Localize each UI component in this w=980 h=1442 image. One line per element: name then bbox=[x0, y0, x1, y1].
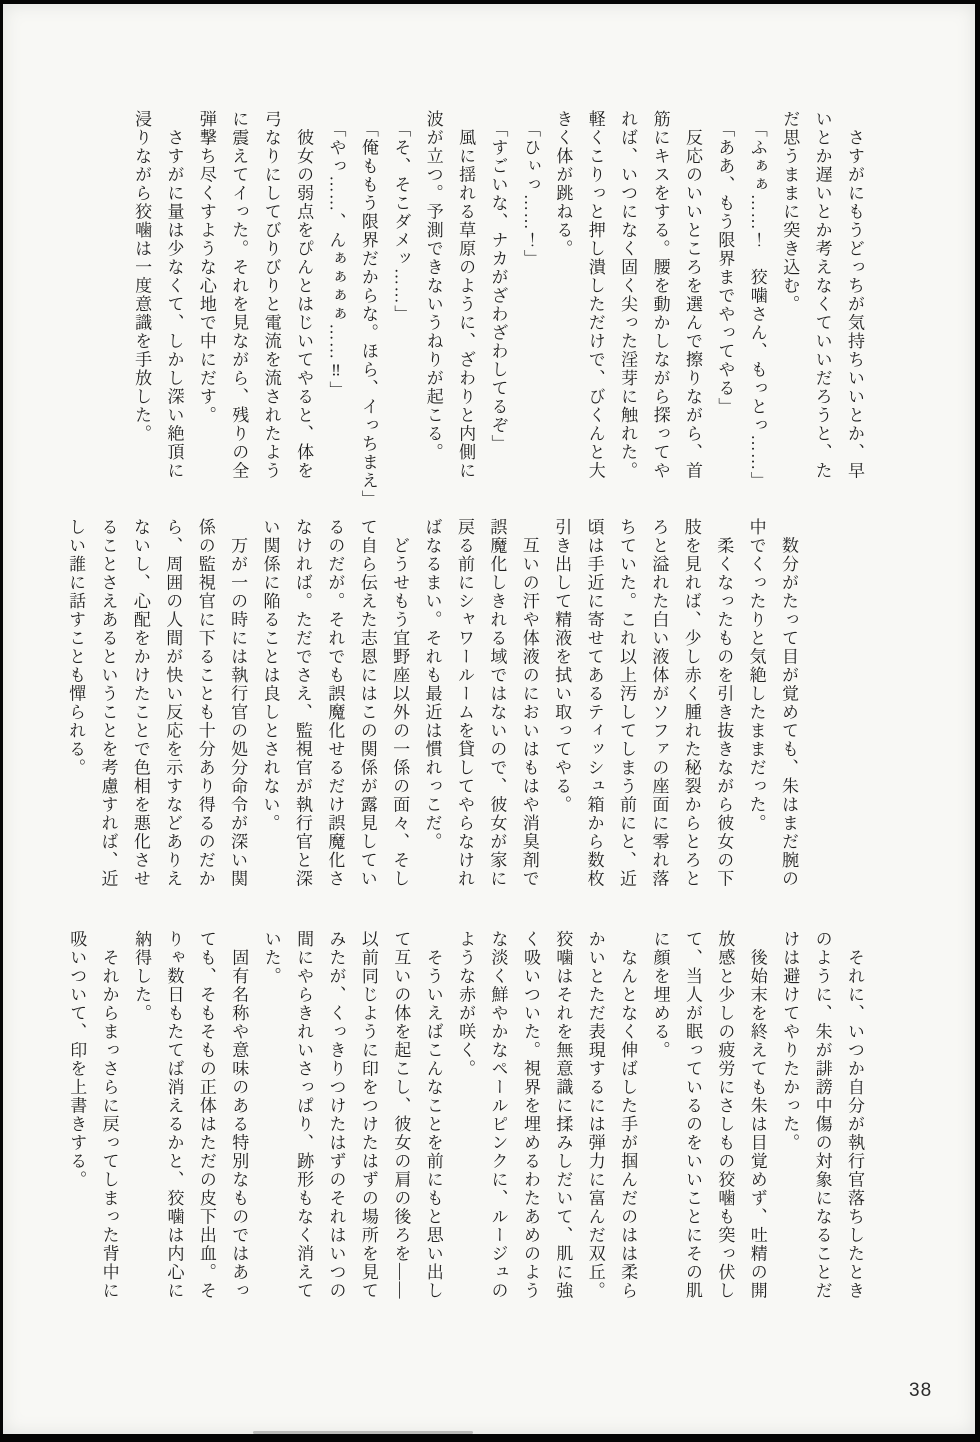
text-column: 「ああ、もう限界までやってやる」 bbox=[708, 110, 740, 522]
text-column: 筋にキスをする。腰を動かしながら探ってや bbox=[643, 110, 675, 522]
scanned-page-frame: さすがにもうどっちが気持ちいいとか、早いとか遅いとか考えなくていいだろうと、ただ… bbox=[0, 0, 980, 1442]
text-column: りゃ数日もたてば消えるかと、狡噛は内心に bbox=[157, 930, 189, 1322]
text-column: 頃は手近に寄せてあるティッシュ箱から数枚 bbox=[577, 518, 609, 920]
text-column: さすがに量は少なくて、しかし深い絶頂に bbox=[157, 110, 189, 522]
text-column: 反応のいいところを選んで擦りながら、首 bbox=[676, 110, 708, 522]
text-column: れば、いつになく固く尖った淫芽に触れた。 bbox=[611, 110, 643, 522]
text-column: に震えてイった。それを見ながら、残りの全 bbox=[222, 110, 254, 522]
text-column: 吸いついて、印を上書きする。 bbox=[60, 930, 92, 1322]
text-column: に顔を埋める。 bbox=[643, 930, 675, 1322]
text-column: いとか遅いとか考えなくていいだろうと、た bbox=[805, 110, 837, 522]
text-column: な淡く鮮やかなペールピンクに、ルージュの bbox=[481, 930, 513, 1322]
text-column: るのだが。それでも誤魔化せるだけ誤魔化さ bbox=[318, 518, 350, 920]
text-column: なければ。ただでさえ、監視官が執行官と深 bbox=[286, 518, 318, 920]
text-column: それからまっさらに戻ってしまった背中に bbox=[92, 930, 124, 1322]
text-column: 弾撃ち尽くすような心地で中にだす。 bbox=[189, 110, 221, 522]
text-column: 軽くこりっと押し潰しただけで、びくんと大 bbox=[578, 110, 610, 522]
text-column: 納得した。 bbox=[125, 930, 157, 1322]
text-column: 「そ、そこダメッ……」 bbox=[384, 110, 416, 522]
text-column: 「ひぃっ……！」 bbox=[514, 110, 546, 522]
page-number: 38 bbox=[909, 1380, 932, 1402]
text-column: く吸いついた。視界を埋めるわたあめのよう bbox=[514, 930, 546, 1322]
text-column: のように、朱が誹謗中傷の対象になることだ bbox=[805, 930, 837, 1322]
text-column: 中でくったりと気絶したままだった。 bbox=[739, 518, 771, 920]
text-column: 後始末を終えても朱は目覚めず、吐精の開 bbox=[740, 930, 772, 1322]
text-column: 狡噛はそれを無意識に揉みしだいて、肌に強 bbox=[546, 930, 578, 1322]
text-column: ような赤が咲く。 bbox=[449, 930, 481, 1322]
text-column: 「やっ……、んぁぁぁぁ……‼」 bbox=[319, 110, 351, 522]
scan-artifact bbox=[253, 1431, 473, 1434]
paper-background: さすがにもうどっちが気持ちいいとか、早いとか遅いとか考えなくていいだろうと、ただ… bbox=[3, 4, 975, 1434]
text-column: 肢を見れば、少し赤く腫れた秘裂からとろと bbox=[674, 518, 706, 920]
text-column: ることさえあるということを考慮すれば、近 bbox=[91, 518, 123, 920]
text-column: 放感と少しの疲労にさしもの狡噛も突っ伏し bbox=[708, 930, 740, 1322]
text-column: 引き出して精液を拭い取ってやる。 bbox=[545, 518, 577, 920]
text-column: 以前同じように印をつけたはずの場所を見て bbox=[352, 930, 384, 1322]
text-column: 互いの汗や体液のにおいはもはや消臭剤で bbox=[512, 518, 544, 920]
text-column: 弓なりにしてびりびりと電流を流されたよう bbox=[254, 110, 286, 522]
text-column: て互いの体を起こし、彼女の肩の後ろを―― bbox=[384, 930, 416, 1322]
text-column: 戻る前にシャワールームを貸してやらなけれ bbox=[448, 518, 480, 920]
text-column: だ思うままに突き込む。 bbox=[773, 110, 805, 522]
text-column: ちていた。これ以上汚してしまう前にと、近 bbox=[610, 518, 642, 920]
text-column: 間にやらきれいさっぱり、跡形もなく消えて bbox=[287, 930, 319, 1322]
text-column: ないし、心配をかけたことで色相を悪化させ bbox=[123, 518, 155, 920]
text-column: 万が一の時には執行官の処分命令が深い関 bbox=[221, 518, 253, 920]
text-column: けは避けてやりたかった。 bbox=[773, 930, 805, 1322]
text-column: 彼女の弱点をぴんとはじいてやると、体を bbox=[287, 110, 319, 522]
text-column: 「ふぁぁ……！ 狡噛さん、もっとっ……」 bbox=[740, 110, 772, 522]
text-column: きく体が跳ねる。 bbox=[546, 110, 578, 522]
text-column: それに、いつか自分が執行官落ちしたとき bbox=[838, 930, 870, 1322]
text-band-top: さすがにもうどっちが気持ちいいとか、早いとか遅いとか考えなくていいだろうと、ただ… bbox=[125, 110, 870, 522]
text-column: ろと溢れた白い液体がソファの座面に零れ落 bbox=[642, 518, 674, 920]
text-band-bottom: それに、いつか自分が執行官落ちしたときのように、朱が誹謗中傷の対象になることだけ… bbox=[60, 930, 870, 1322]
text-column: いた。 bbox=[254, 930, 286, 1322]
text-column: い関係に陥ることは良しとされない。 bbox=[253, 518, 285, 920]
text-column: 柔くなったものを引き抜きながら彼女の下 bbox=[707, 518, 739, 920]
text-column: しい誰に話すことも憚られる。 bbox=[59, 518, 91, 920]
text-column: ても、そもそもの正体はただの皮下出血。そ bbox=[189, 930, 221, 1322]
text-column: そういえばこんなことを前にもと思い出し bbox=[416, 930, 448, 1322]
text-column: なんとなく伸ばした手が掴んだのはは柔ら bbox=[611, 930, 643, 1322]
text-column: 係の監視官に下ることも十分あり得るのだか bbox=[188, 518, 220, 920]
text-column: て、当人が眠っているのをいいことにその肌 bbox=[676, 930, 708, 1322]
text-column: て自ら伝えた志恩にはこの関係が露見してい bbox=[350, 518, 382, 920]
text-column: みたが、くっきりつけたはずのそれはいつの bbox=[319, 930, 351, 1322]
text-column: 風に揺れる草原のように、ざわりと内側に bbox=[449, 110, 481, 522]
text-column: 「俺ももう限界だからな。ほら、イっちまえ」 bbox=[352, 110, 384, 522]
text-band-middle: 数分がたって目が覚めても、朱はまだ腕の中でくったりと気絶したままだった。 柔くな… bbox=[59, 518, 804, 920]
text-column: どうせもう宜野座以外の一係の面々、そし bbox=[383, 518, 415, 920]
text-column: ら、周囲の人間が快い反応を示すなどありえ bbox=[156, 518, 188, 920]
text-column: 「すごいな、ナカがざわざわしてるぞ」 bbox=[481, 110, 513, 522]
text-column: 波が立つ。予測できないうねりが起こる。 bbox=[416, 110, 448, 522]
text-column: かいとただ表現するには弾力に富んだ双丘。 bbox=[578, 930, 610, 1322]
text-column: さすがにもうどっちが気持ちいいとか、早 bbox=[838, 110, 870, 522]
text-column: 誤魔化しきれる域ではないので、彼女が家に bbox=[480, 518, 512, 920]
text-column: 固有名称や意味のある特別なものではあっ bbox=[222, 930, 254, 1322]
text-column: 浸りながら狡噛は一度意識を手放した。 bbox=[125, 110, 157, 522]
text-column: 数分がたって目が覚めても、朱はまだ腕の bbox=[772, 518, 804, 920]
text-column: ばなるまい。それも最近は慣れっこだ。 bbox=[415, 518, 447, 920]
